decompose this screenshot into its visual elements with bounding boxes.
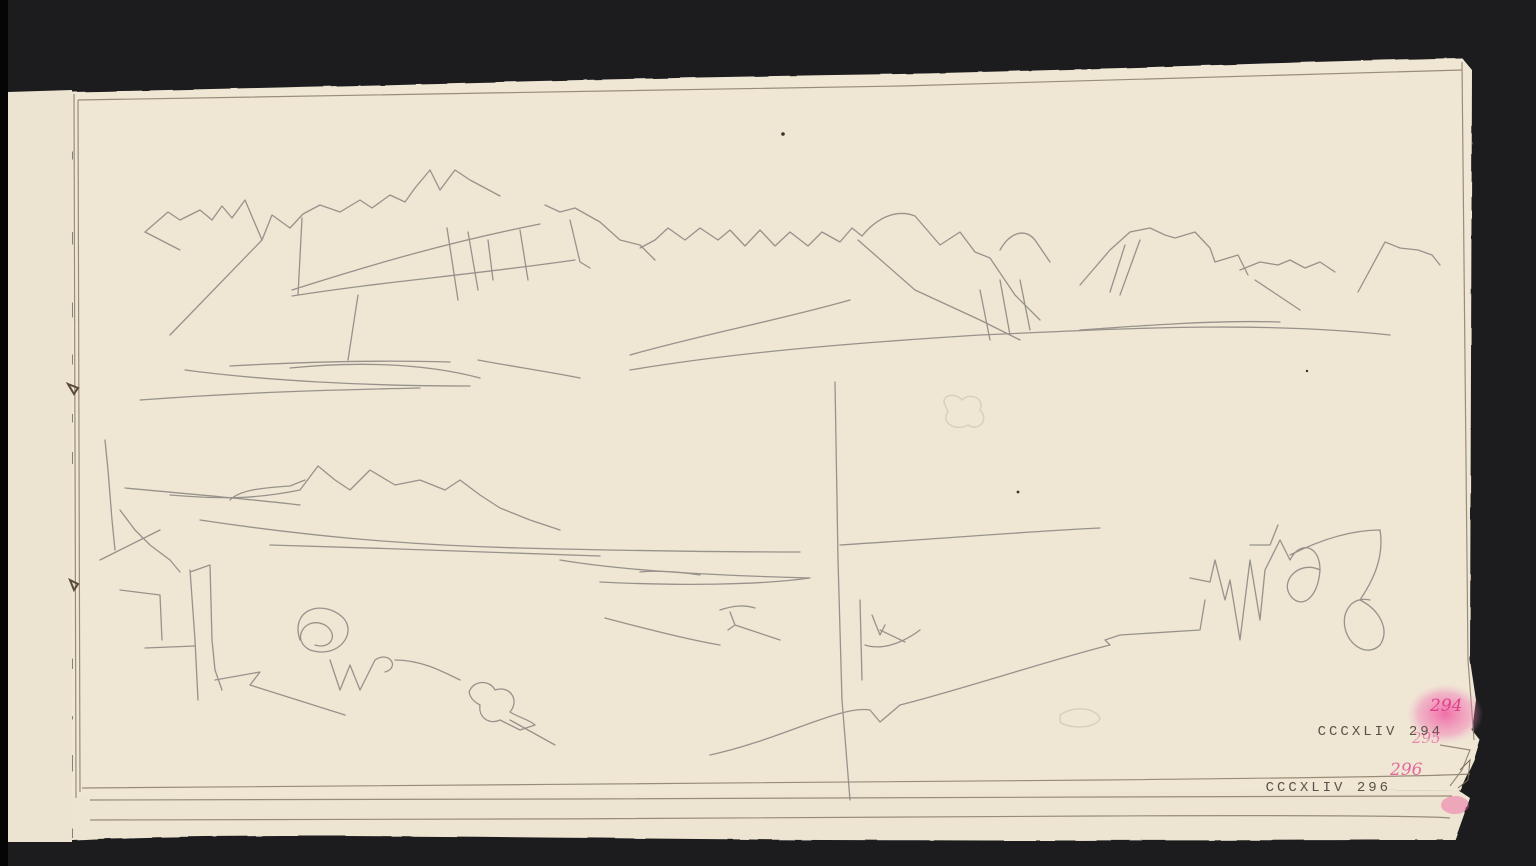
- handwritten-number-295: 295: [1412, 729, 1441, 747]
- left-page: [8, 90, 72, 842]
- sketchbook-photo: CCCXLIV 294 294 295 CCCXLIV 296 296: [0, 0, 1536, 866]
- handwritten-number-294: 294: [1430, 696, 1462, 716]
- inventory-stamp-296: CCCXLIV 296: [1220, 764, 1391, 812]
- handwritten-number-296: 296: [1390, 760, 1422, 780]
- handwritten-number-text: 295: [1412, 729, 1441, 747]
- handwritten-number-text: 294: [1430, 696, 1462, 716]
- inventory-number-text: CCCXLIV 296: [1266, 780, 1391, 796]
- handwritten-number-text: 296: [1390, 760, 1422, 780]
